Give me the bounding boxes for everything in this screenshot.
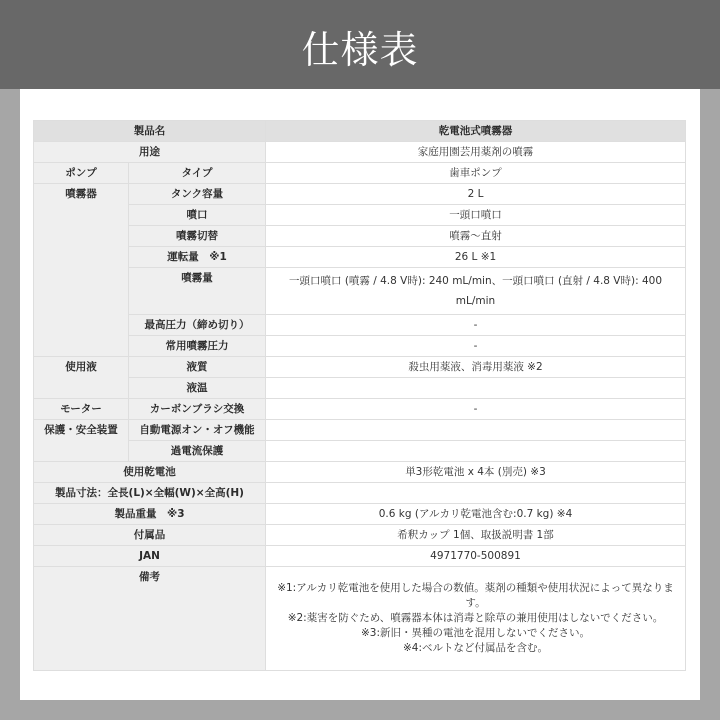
label-spray-switch: 噴霧切替 (129, 226, 266, 247)
group-protection: 保護・安全装置 (34, 420, 129, 462)
note-1: ※1:アルカリ乾電池を使用した場合の数値。薬剤の種類や使用状況によって異なります… (270, 581, 681, 611)
value-spray-amount: 一頭口噴口 (噴霧 / 4.8 V時): 240 mL/min、一頭口噴口 (直… (266, 268, 686, 315)
value-usage: 家庭用園芸用薬剤の噴霧 (266, 142, 686, 163)
table-row-jan: JAN 4971770-500891 (34, 546, 686, 567)
table-row-max-pressure: 最高圧力（締め切り） - (34, 315, 686, 336)
table-row-operation: 運転量 ※1 26 L ※1 (34, 247, 686, 268)
value-normal-pressure: - (266, 336, 686, 357)
table-row-liquid-temperature: 液温 (34, 378, 686, 399)
value-product-name: 乾電池式噴霧器 (266, 121, 686, 142)
table-row-nozzle: 噴口 一頭口噴口 (34, 205, 686, 226)
label-tank: タンク容量 (129, 184, 266, 205)
label-liquid-quality: 液質 (129, 357, 266, 378)
value-spray-switch: 噴霧〜直射 (266, 226, 686, 247)
label-nozzle: 噴口 (129, 205, 266, 226)
group-pump: ポンプ (34, 163, 129, 184)
label-battery: 使用乾電池 (34, 462, 266, 483)
value-jan: 4971770-500891 (266, 546, 686, 567)
group-liquid: 使用液 (34, 357, 129, 399)
label-spray-amount: 噴霧量 (129, 268, 266, 315)
table-row-normal-pressure: 常用噴霧圧力 - (34, 336, 686, 357)
table-row-dimensions: 製品寸法：全長(L)×全幅(W)×全高(H) (34, 483, 686, 504)
value-max-pressure: - (266, 315, 686, 336)
label-usage: 用途 (34, 142, 266, 163)
table-row-notes: 備考 ※1:アルカリ乾電池を使用した場合の数値。薬剤の種類や使用状況によって異な… (34, 567, 686, 671)
label-operation: 運転量 ※1 (129, 247, 266, 268)
table-row-tank: 噴霧器 タンク容量 2 L (34, 184, 686, 205)
label-dimensions: 製品寸法：全長(L)×全幅(W)×全高(H) (34, 483, 266, 504)
value-dimensions (266, 483, 686, 504)
value-auto-power (266, 420, 686, 441)
label-jan: JAN (34, 546, 266, 567)
note-3: ※3:新旧・異種の電池を混用しないでください。 (270, 626, 681, 641)
table-row-weight: 製品重量 ※3 0.6 kg (アルカリ乾電池含む:0.7 kg) ※4 (34, 504, 686, 525)
label-auto-power: 自動電源オン・オフ機能 (129, 420, 266, 441)
table-row-auto-power: 保護・安全装置 自動電源オン・オフ機能 (34, 420, 686, 441)
value-carbon-brush: - (266, 399, 686, 420)
label-notes: 備考 (34, 567, 266, 671)
value-nozzle: 一頭口噴口 (266, 205, 686, 226)
label-accessories: 付属品 (34, 525, 266, 546)
table-row-pump-type: ポンプ タイプ 歯車ポンプ (34, 163, 686, 184)
table-row-liquid-quality: 使用液 液質 殺虫用薬液、消毒用薬液 ※2 (34, 357, 686, 378)
label-product-name: 製品名 (34, 121, 266, 142)
table-row-motor: モーター カーボンブラシ交換 - (34, 399, 686, 420)
group-motor: モーター (34, 399, 129, 420)
value-overcurrent (266, 441, 686, 462)
note-4: ※4:ベルトなど付属品を含む。 (270, 641, 681, 656)
header-bar: 仕様表 (0, 0, 720, 89)
label-normal-pressure: 常用噴霧圧力 (129, 336, 266, 357)
label-carbon-brush: カーボンブラシ交換 (129, 399, 266, 420)
spec-table: 製品名 乾電池式噴霧器 用途 家庭用園芸用薬剤の噴霧 ポンプ タイプ 歯車ポンプ… (33, 120, 686, 671)
value-accessories: 希釈カップ 1個、取扱説明書 1部 (266, 525, 686, 546)
label-weight: 製品重量 ※3 (34, 504, 266, 525)
table-row-battery: 使用乾電池 単3形乾電池 x 4本 (別売) ※3 (34, 462, 686, 483)
label-pump-type: タイプ (129, 163, 266, 184)
table-row-accessories: 付属品 希釈カップ 1個、取扱説明書 1部 (34, 525, 686, 546)
value-battery: 単3形乾電池 x 4本 (別売) ※3 (266, 462, 686, 483)
value-notes: ※1:アルカリ乾電池を使用した場合の数値。薬剤の種類や使用状況によって異なります… (266, 567, 686, 671)
table-row-spray-amount: 噴霧量 一頭口噴口 (噴霧 / 4.8 V時): 240 mL/min、一頭口噴… (34, 268, 686, 315)
page-title: 仕様表 (301, 19, 418, 74)
table-row-usage: 用途 家庭用園芸用薬剤の噴霧 (34, 142, 686, 163)
group-sprayer: 噴霧器 (34, 184, 129, 357)
label-liquid-temperature: 液温 (129, 378, 266, 399)
table-row-product-name: 製品名 乾電池式噴霧器 (34, 121, 686, 142)
value-liquid-quality: 殺虫用薬液、消毒用薬液 ※2 (266, 357, 686, 378)
value-tank: 2 L (266, 184, 686, 205)
table-row-spray-switch: 噴霧切替 噴霧〜直射 (34, 226, 686, 247)
value-liquid-temperature (266, 378, 686, 399)
spec-card: 製品名 乾電池式噴霧器 用途 家庭用園芸用薬剤の噴霧 ポンプ タイプ 歯車ポンプ… (20, 89, 700, 700)
value-weight: 0.6 kg (アルカリ乾電池含む:0.7 kg) ※4 (266, 504, 686, 525)
label-max-pressure: 最高圧力（締め切り） (129, 315, 266, 336)
table-row-overcurrent: 過電流保護 (34, 441, 686, 462)
note-2: ※2:薬害を防ぐため、噴霧器本体は消毒と除草の兼用使用はしないでください。 (270, 611, 681, 626)
value-operation: 26 L ※1 (266, 247, 686, 268)
value-pump-type: 歯車ポンプ (266, 163, 686, 184)
label-overcurrent: 過電流保護 (129, 441, 266, 462)
